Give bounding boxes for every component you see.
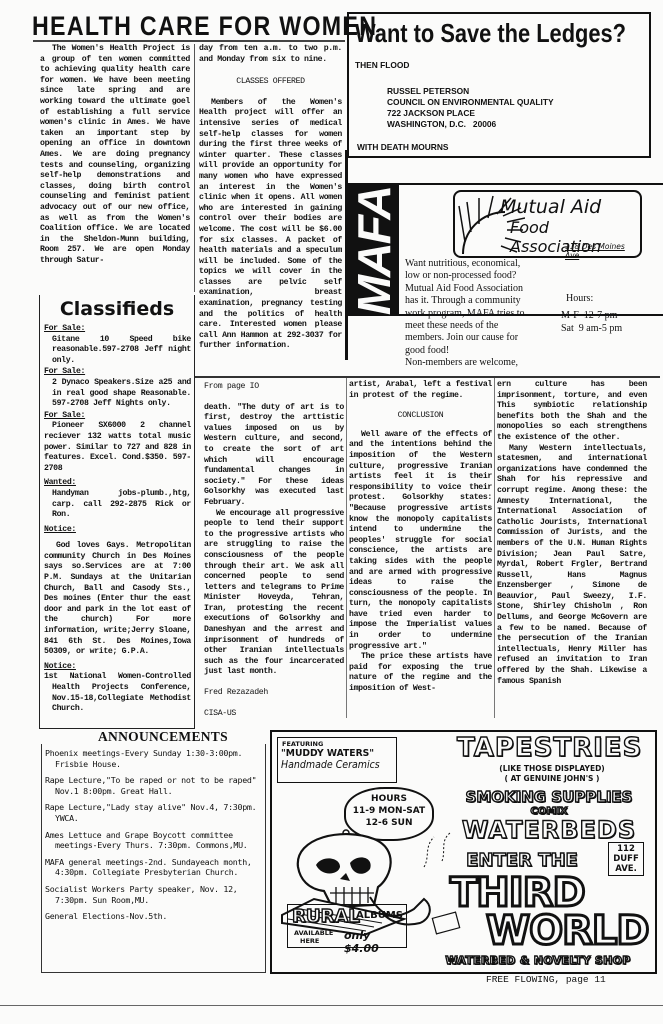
shop-tagline: WATERBED & NOVELTY SHOP [422, 954, 654, 967]
third-world-shop-ad: FEATURING "MUDDY WATERS" Handmade Cerami… [270, 730, 657, 974]
column-divider [194, 44, 195, 292]
iran-article-column-2: artist, Arabal, left a festival in prote… [349, 380, 492, 695]
tapestries-heading: TAPESTRIES [457, 733, 642, 763]
ledges-ad-closing: WITH DEATH MOURNS [357, 142, 649, 153]
health-care-headline: HEALTH CARE FOR WOMEN [32, 11, 303, 41]
classified-heading: Notice: [44, 662, 191, 673]
announcement-item: Ames Lettuce and Grape Boycott committee… [45, 830, 265, 851]
classified-heading: Notice: [44, 525, 191, 536]
classified-heading: For Sale: [44, 411, 191, 422]
page-bottom-rule [0, 1005, 663, 1006]
enter-the: ENTER THE [452, 850, 592, 871]
ledges-ad-then-flood: THEN FLOOD [355, 60, 649, 71]
mafa-ad: MAFA Mutual Aid Food Association 118 Des… [347, 183, 663, 316]
health-article-paragraph: The Women's Health Project is a group of… [40, 44, 190, 266]
classified-heading: For Sale: [44, 324, 191, 335]
announcement-item: General Elections-Nov.5th. [45, 911, 265, 922]
classifieds-box: Classifieds For Sale: Gitane 10 Speed bi… [39, 295, 195, 729]
classes-offered-subhead: CLASSES OFFERED [199, 77, 342, 88]
classified-text: 1st National Women-Controlled Health Pro… [44, 672, 191, 714]
iran-article-column-3: ern culture has been imprisonment, tortu… [497, 380, 647, 687]
classifieds-title: Classifieds [40, 298, 194, 320]
author-byline: Fred Rezazadeh [204, 688, 344, 699]
column-divider [346, 378, 347, 718]
mafa-side-banner: MAFA [347, 185, 399, 314]
announcement-item: Socialist Workers Party speaker, Nov. 12… [45, 884, 265, 905]
announcement-item: Phoenix meetings-Every Sunday 1:30-3:00p… [45, 748, 265, 769]
mafa-hours: Hours: M-F 12-7 pm Sat 9 am-5 pm [561, 293, 661, 335]
iran-article-paragraph: ern culture has been imprisonment, tortu… [497, 380, 647, 444]
headline-rule [33, 40, 345, 42]
classified-text: Pioneer SX6000 2 channel reciever 132 wa… [44, 421, 191, 474]
classified-text: Gitane 10 Speed bike reasonable.597-2708… [44, 335, 191, 367]
iran-article-paragraph: Many Western intellectuals, statesmen, a… [497, 444, 647, 688]
mafa-ad-body: Want nutritious, economical, low or non-… [405, 258, 560, 370]
iran-article-paragraph: death. "The duty of art is to first, des… [204, 403, 344, 509]
health-article-paragraph: Members of the Women's Health project wi… [199, 98, 342, 352]
iran-article-column-1: From page IO death. "The duty of art is … [204, 382, 344, 719]
classified-heading: Wanted: [44, 478, 191, 489]
column-divider [494, 378, 495, 718]
rural-albums-box: RURAL ALBUMS AVAILABLE HERE only $4.00 [287, 904, 407, 948]
health-article-column-1: The Women's Health Project is a group of… [40, 44, 190, 266]
page-footer: FREE FLOWING, page 11 [486, 974, 606, 985]
address-box: 112 DUFF AVE. [608, 842, 644, 876]
muddy-waters-box: FEATURING "MUDDY WATERS" Handmade Cerami… [277, 737, 397, 783]
world-heading: WORLD [486, 908, 649, 954]
iran-article-top-rule [195, 376, 660, 378]
classified-text: God loves Gays. Metropolitan community C… [44, 541, 191, 658]
jump-from-line: From page IO [204, 382, 344, 393]
iran-article-paragraph: We encourage all progressive people to l… [204, 509, 344, 679]
announcements-box: Phoenix meetings-Every Sunday 1:30-3:00p… [41, 744, 266, 973]
mafa-logo: Mutual Aid Food Association 118 Des Moin… [453, 190, 642, 258]
health-article-column-2: day from ten a.m. to two p.m. and Monday… [199, 44, 342, 352]
iran-article-paragraph: Well aware of the effects of and the int… [349, 430, 492, 652]
iran-article-paragraph: The price these artists have paid for ex… [349, 652, 492, 694]
smoking-supplies: SMOKING SUPPLIES [454, 788, 644, 806]
ledges-ad-address: RUSSEL PETERSON COUNCIL ON ENVIRONMENTAL… [387, 86, 649, 130]
iran-article-paragraph: artist, Arabal, left a festival in prote… [349, 380, 492, 401]
save-the-ledges-ad: Want to Save the Ledges? THEN FLOOD RUSS… [347, 12, 651, 158]
classified-heading: For Sale: [44, 367, 191, 378]
ledges-ad-title: Want to Save the Ledges? [355, 18, 602, 48]
author-org: CISA-US [204, 709, 344, 720]
classified-text: 2 Dynaco Speakers.Size a25 and in real g… [44, 378, 191, 410]
announcement-item: Rape Lecture,"Lady stay alive" Nov.4, 7:… [45, 802, 265, 823]
announcements-title: ANNOUNCEMENTS [98, 729, 228, 745]
announcement-item: MAFA general meetings-2nd. Sundayeach mo… [45, 857, 265, 878]
health-article-paragraph: day from ten a.m. to two p.m. and Monday… [199, 44, 342, 65]
conclusion-subhead: CONCLUSION [349, 411, 492, 422]
announcement-item: Rape Lecture,"To be raped or not to be r… [45, 775, 265, 796]
like-those-displayed: (LIKE THOSE DISPLAYED) ( AT GENUINE JOHN… [457, 764, 647, 784]
classified-text: Handyman jobs-plumb.,htg, carp. call 292… [44, 489, 191, 521]
waterbeds-heading: WATERBEDS [454, 816, 644, 844]
